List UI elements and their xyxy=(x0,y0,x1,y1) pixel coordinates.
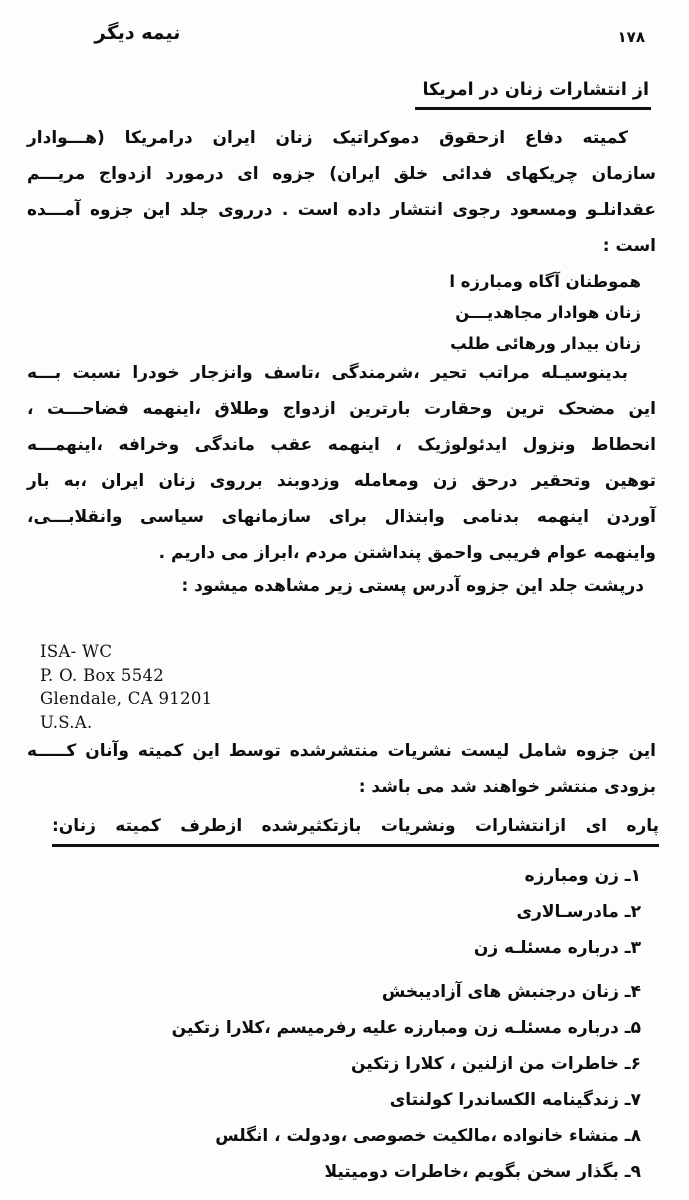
paragraph-3: این جزوه شامل لیست نشریات منتشرشده توسط … xyxy=(27,733,656,805)
paragraph-line: واینهمه عوام فریبی واحمق پنداشتن مردم ،ا… xyxy=(27,535,656,571)
publications-heading: پاره ای ازانتشارات ونشریات بازتکثیرشده ا… xyxy=(52,816,659,847)
paragraph-line: این مضحک ترین وحقارت بارترین ازدواج وطلا… xyxy=(27,391,656,427)
paragraph-line: انحطاط ونزول ایدئولوژیک ، اینهمه عقب مان… xyxy=(27,427,656,463)
paragraph-line: سازمان چریکهای فدائی خلق ایران) جزوه ای … xyxy=(27,156,656,192)
address-line: P. O. Box 5542 xyxy=(40,664,212,688)
publication-item: ۸ـ منشاء خانواده ،مالکیت خصوصی ،ودولت ، … xyxy=(40,1118,641,1154)
publication-item: ۷ـ زندگینامه الکساندرا کولنتای xyxy=(40,1082,641,1118)
publication-item: ۳ـ درباره مسئلـه زن xyxy=(40,930,641,966)
quote-line: هموطنان آگاه ومبارزه ا xyxy=(449,266,641,297)
scanned-document-page: { "page": { "header": { "publication": "… xyxy=(0,0,689,1200)
quote-line: زنان هوادار مجاهدیـــن xyxy=(449,297,641,328)
paragraph-2: بدینوسیـله مراتب تحیر ،شرمندگی ،تاسف وان… xyxy=(27,355,656,571)
page-number: ۱۷۸ xyxy=(618,28,645,46)
address-line: U.S.A. xyxy=(40,711,212,735)
paragraph-line: بزودی منتشر خواهند شد می باشد : xyxy=(27,769,656,805)
publication-item: ۱ـ زن ومبارزه xyxy=(40,858,641,894)
paragraph-line: این جزوه شامل لیست نشریات منتشرشده توسط … xyxy=(27,733,656,769)
paragraph-line: است : xyxy=(27,228,656,264)
paragraph-1: کمیته دفاع ازحقوق دموکراتیک زنان ایران د… xyxy=(27,120,656,264)
address-intro-line: درپشت جلد این جزوه آدرس پستی زیر مشاهده … xyxy=(181,576,644,596)
publication-item: ۶ـ خاطرات من ازلنین ، کلارا زتکین xyxy=(40,1046,641,1082)
publication-item: ۲ـ مادرسـالاری xyxy=(40,894,641,930)
journal-name: نیمه دیگر xyxy=(94,22,181,44)
publication-item: ۵ـ درباره مسئلـه زن ومبارزه علیه رفرمیسم… xyxy=(40,1010,641,1046)
paragraph-line: عقدانلـو ومسعود رجوی انتشار داده است . د… xyxy=(27,192,656,228)
address-line: Glendale, CA 91201 xyxy=(40,687,212,711)
paragraph-line: آوردن اینهمه بدنامی وابتذال برای سازمانه… xyxy=(27,499,656,535)
cover-quote-block: هموطنان آگاه ومبارزه ا زنان هوادار مجاهد… xyxy=(449,266,641,359)
address-line: ISA- WC xyxy=(40,640,212,664)
publication-item: ۹ـ بگذار سخن بگویم ،خاطرات دومیتیلا xyxy=(40,1154,641,1190)
paragraph-line: کمیته دفاع ازحقوق دموکراتیک زنان ایران د… xyxy=(27,120,656,156)
article-title: از انتشارات زنان در امریکا xyxy=(415,80,651,110)
publication-item: ۴ـ زنان درجنبش های آزادیبخش xyxy=(40,974,641,1010)
paragraph-line: توهین وتحقیر درحق زن ومعامله وزدوبند برر… xyxy=(27,463,656,499)
paragraph-line: بدینوسیـله مراتب تحیر ،شرمندگی ،تاسف وان… xyxy=(27,355,656,391)
postal-address-block: ISA- WC P. O. Box 5542 Glendale, CA 9120… xyxy=(40,640,212,734)
publications-list: ۱ـ زن ومبارزه ۲ـ مادرسـالاری ۳ـ درباره م… xyxy=(40,858,641,1190)
